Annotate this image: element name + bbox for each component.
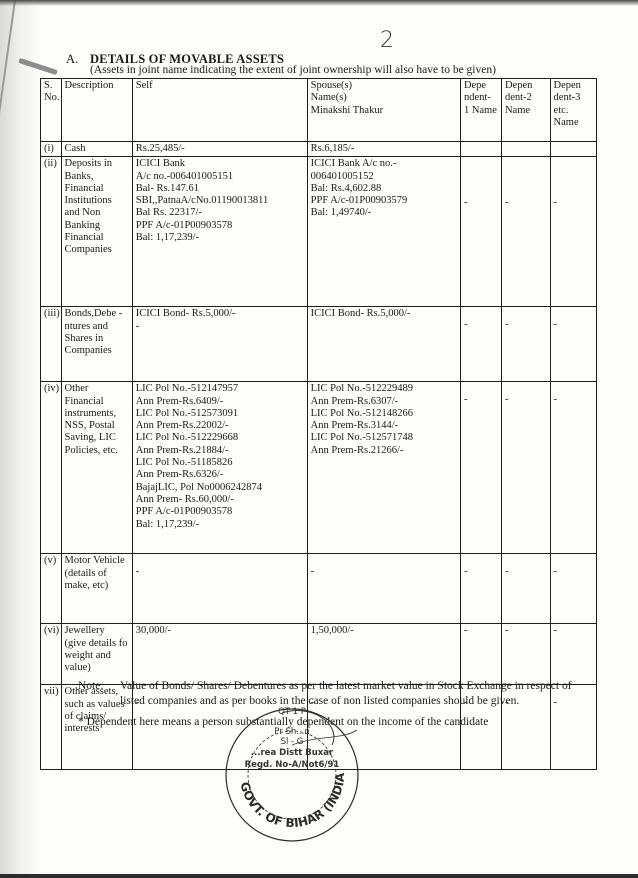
self-entry: LIC Pol No.-512147957 xyxy=(136,383,304,395)
header-description: Description xyxy=(61,79,132,142)
cell-description: Bonds,Debe - ntures and Shares in Compan… xyxy=(61,307,132,382)
cell-dependent-3: - xyxy=(550,554,596,624)
self-entry: Ann Prem- Rs.60,000/- xyxy=(136,494,304,506)
stamp-line: ...rea Distt Buxar xyxy=(222,748,362,758)
self-entry: A/c no.-006401005151 xyxy=(136,171,304,183)
cell-dependent-1 xyxy=(460,142,501,157)
header-spouse-line: Spouse(s) xyxy=(311,80,457,92)
cell-dependent-2 xyxy=(501,142,550,157)
self-entry: PPF A/c-01P00903578 xyxy=(136,220,304,232)
cell-dependent-2: - xyxy=(501,307,550,382)
table-row: (iii)Bonds,Debe - ntures and Shares in C… xyxy=(41,307,597,382)
cell-dependent-3: - xyxy=(550,307,596,382)
self-entry: Ann Prem-Rs.21884/- xyxy=(136,445,304,457)
cell-sno: (vi) xyxy=(41,624,62,685)
section-letter: A. xyxy=(66,52,90,67)
cell-self: ICICI BankA/c no.-006401005151Bal- Rs.14… xyxy=(132,157,307,307)
cell-spouse: - xyxy=(307,554,460,624)
table-header-row: S. No. Description Self Spouse(s) Name(s… xyxy=(41,79,597,142)
header-dependent-3: Depen dent-3 etc. Name xyxy=(550,79,596,142)
cell-dependent-1: - xyxy=(460,307,501,382)
table-row: (vi)Jewellery (give details fo weight an… xyxy=(41,624,597,685)
stamp-line: Pr Sh...n xyxy=(222,727,362,737)
spouse-entry: LIC Pol No.-512148266 xyxy=(311,408,457,420)
stamp-registration: Regd. No-A/Not6/91 xyxy=(222,760,362,770)
official-stamp: GOVT. OF BIHAR (INDIA) QT 1 P Pr Sh...n … xyxy=(222,705,362,845)
cell-sno: (v) xyxy=(41,554,62,624)
self-entry: BajajLIC, Pol No0006242874 xyxy=(136,482,304,494)
cell-dependent-1: - xyxy=(460,382,501,554)
stamp-line: Sl - G xyxy=(222,737,362,747)
header-sno: S. No. xyxy=(41,79,62,142)
spouse-entry: Ann Prem-Rs.21266/- xyxy=(311,445,457,457)
self-entry: - xyxy=(136,321,304,333)
table-row: (v)Motor Vehicle (details of make, etc)-… xyxy=(41,554,597,624)
cell-self: 30,000/- xyxy=(132,624,307,685)
page-number: 2 xyxy=(380,28,394,53)
self-entry: Ann Prem-Rs.22002/- xyxy=(136,420,304,432)
spouse-entry: ICICI Bond- Rs.5,000/- xyxy=(311,308,457,320)
spouse-entry: Rs.6,185/- xyxy=(311,143,457,155)
header-self: Self xyxy=(132,79,307,142)
cell-dependent-3 xyxy=(550,142,596,157)
cell-spouse: ICICI Bank A/c no.-006401005152Bal: Rs.4… xyxy=(307,157,460,307)
binding-shadow xyxy=(0,0,40,878)
cell-self: - xyxy=(132,554,307,624)
cell-dependent-2: - xyxy=(501,554,550,624)
self-entry: LIC Pol No.-512573091 xyxy=(136,408,304,420)
spouse-entry: ICICI Bank A/c no.- xyxy=(311,158,457,170)
cell-sno: (ii) xyxy=(41,157,62,307)
self-entry: ICICI Bank xyxy=(136,158,304,170)
cell-spouse: 1,50,000/- xyxy=(307,624,460,685)
cell-dependent-2: - xyxy=(501,382,550,554)
note-label: Note: xyxy=(78,679,104,694)
cell-dependent-1: - xyxy=(460,157,501,307)
self-entry: Ann Prem-Rs.6326/- xyxy=(136,469,304,481)
cell-description: Deposits in Banks, Financial Institution… xyxy=(61,157,132,307)
cell-dependent-3: - xyxy=(550,624,596,685)
cell-sno: (iv) xyxy=(41,382,62,554)
cell-description: Other Financial instruments, NSS, Postal… xyxy=(61,382,132,554)
cell-description: Cash xyxy=(61,142,132,157)
self-entry: ICICI Bond- Rs.5,000/- xyxy=(136,308,304,320)
spouse-entry: LIC Pol No.-512571748 xyxy=(311,432,457,444)
cell-dependent-2: - xyxy=(501,157,550,307)
self-entry: Bal- Rs.147.61 xyxy=(136,183,304,195)
spouse-entry: Ann Prem-Rs.3144/- xyxy=(311,420,457,432)
spouse-entry: Bal: 1,49740/- xyxy=(311,207,457,219)
scan-bottom-edge xyxy=(0,874,638,878)
cell-sno: (i) xyxy=(41,142,62,157)
spouse-entry: Ann Prem-Rs.6307/- xyxy=(311,396,457,408)
self-entry: Rs.25,485/- xyxy=(136,143,304,155)
self-entry: - xyxy=(136,566,304,578)
cell-description: Jewellery (give details fo weight and va… xyxy=(61,624,132,685)
header-dependent-1: Depe ndent- 1 Name xyxy=(460,79,501,142)
table-row: (i)CashRs.25,485/-Rs.6,185/- xyxy=(41,142,597,157)
self-entry: Ann Prem-Rs.6409/- xyxy=(136,396,304,408)
cell-sno: vii) xyxy=(41,685,62,770)
stamp-seal-icon: GOVT. OF BIHAR (INDIA) xyxy=(222,705,362,845)
cell-spouse: LIC Pol No.-512229489Ann Prem-Rs.6307/-L… xyxy=(307,382,460,554)
spouse-entry: - xyxy=(311,566,457,578)
spouse-entry: LIC Pol No.-512229489 xyxy=(311,383,457,395)
spouse-entry: Bal: Rs.4,602.88 xyxy=(311,183,457,195)
cell-sno: (iii) xyxy=(41,307,62,382)
cell-spouse: ICICI Bond- Rs.5,000/- xyxy=(307,307,460,382)
self-entry: LIC Pol No.-51185826 xyxy=(136,457,304,469)
header-spouse: Spouse(s) Name(s) Minakshi Thakur xyxy=(307,79,460,142)
table-row: (iv)Other Financial instruments, NSS, Po… xyxy=(41,382,597,554)
movable-assets-table: S. No. Description Self Spouse(s) Name(s… xyxy=(40,78,597,770)
cell-self: LIC Pol No.-512147957Ann Prem-Rs.6409/-L… xyxy=(132,382,307,554)
header-spouse-name: Minakshi Thakur xyxy=(311,105,457,117)
cell-self: Rs.25,485/- xyxy=(132,142,307,157)
section-subtitle: (Assets in joint name indicating the ext… xyxy=(90,64,496,76)
cell-self: ICICI Bond- Rs.5,000/-- xyxy=(132,307,307,382)
self-entry: 30,000/- xyxy=(136,625,304,637)
cell-description: Motor Vehicle (details of make, etc) xyxy=(61,554,132,624)
self-entry: SBI,,PatnaA/cNo.01190013811 xyxy=(136,195,304,207)
self-entry: Bal: 1,17,239/- xyxy=(136,519,304,531)
cell-dependent-3: - xyxy=(550,157,596,307)
spouse-entry: 1,50,000/- xyxy=(311,625,457,637)
cell-dependent-2: - xyxy=(501,624,550,685)
stamp-line: QT 1 P xyxy=(222,707,362,717)
cell-dependent-3: - xyxy=(550,382,596,554)
cell-spouse: Rs.6,185/- xyxy=(307,142,460,157)
self-entry: LIC Pol No.-512229668 xyxy=(136,432,304,444)
spouse-entry: 006401005152 xyxy=(311,171,457,183)
header-spouse-line: Name(s) xyxy=(311,92,457,104)
self-entry: Bal Rs. 22317/- xyxy=(136,207,304,219)
note-text: Value of Bonds/ Shares/ Debentures as pe… xyxy=(120,679,578,708)
self-entry: Bal: 1,17,239/- xyxy=(136,232,304,244)
note-block: Note: Value of Bonds/ Shares/ Debentures… xyxy=(78,679,578,708)
scan-top-shadow xyxy=(0,0,638,6)
cell-dependent-1: - xyxy=(460,624,501,685)
cell-dependent-1: - xyxy=(460,554,501,624)
spouse-entry: PPF A/c-01P00903579 xyxy=(311,195,457,207)
header-dependent-2: Depen dent-2 Name xyxy=(501,79,550,142)
table-row: (ii)Deposits in Banks, Financial Institu… xyxy=(41,157,597,307)
self-entry: PPF A/c-01P00903578 xyxy=(136,506,304,518)
